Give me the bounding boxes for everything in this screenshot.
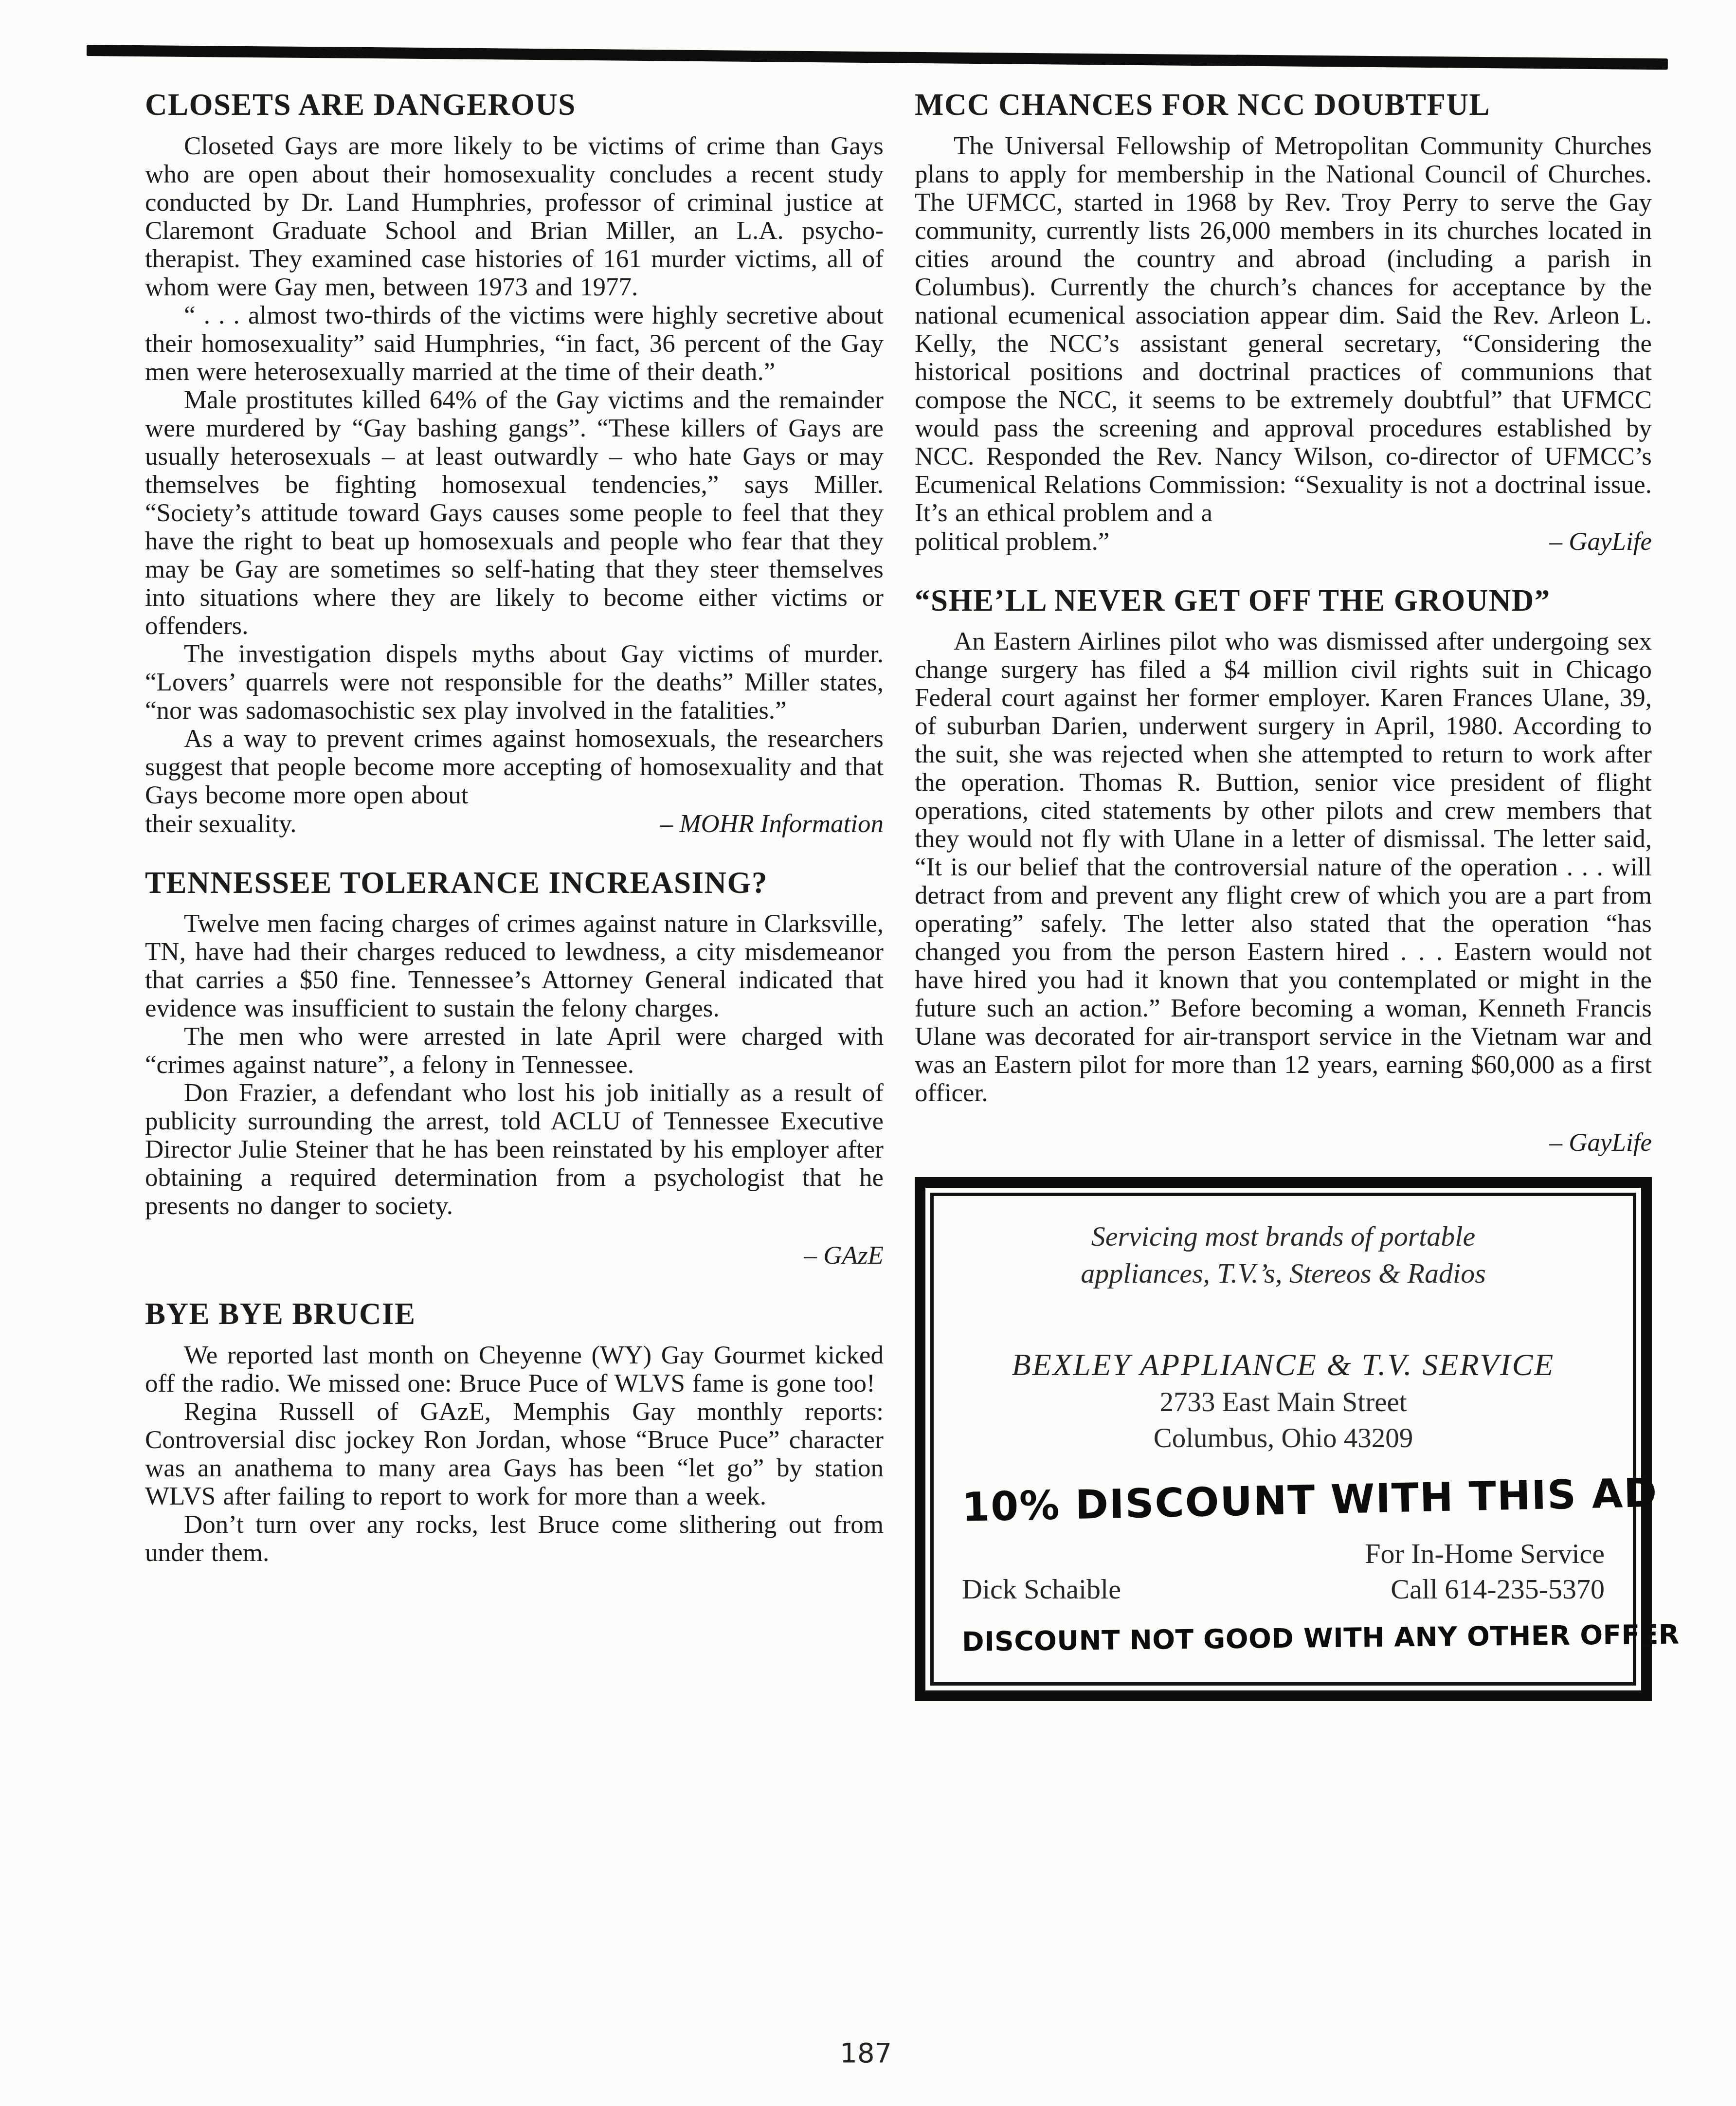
closing-line-row: political problem.” – GayLife [915,527,1652,556]
paragraph: “ . . . almost two-thirds of the victims… [145,301,884,386]
ad-bexley-appliance: Servicing most brands of portable applia… [915,1177,1652,1701]
closing-text: political problem.” [915,527,1109,556]
headline-bye-bye-brucie: BYE BYE BRUCIE [145,1297,884,1331]
closing-text: their sexuality. [145,809,297,838]
paragraph: The Universal Fellowship of Metropolitan… [915,132,1652,527]
ad-contact-name: Dick Schaible [962,1571,1121,1607]
headline-mcc-chances: MCC CHANCES FOR NCC DOUBTFUL [915,88,1652,122]
headline-closets-are-dangerous: CLOSETS ARE DANGEROUS [145,88,884,122]
ad-contact-row: Dick Schaible Call 614-235-5370 [962,1571,1605,1607]
ad-address-city: Columbus, Ohio 43209 [962,1420,1605,1456]
headline-tennessee-tolerance: TENNESSEE TOLERANCE INCREASING? [145,866,884,900]
paragraph: Don Frazier, a defendant who lost his jo… [145,1079,884,1220]
paragraph: The men who were arrested in late April … [145,1022,884,1079]
attribution-mohr: – MOHR Information [660,809,884,838]
ad-tagline-line2: appliances, T.V.’s, Stereos & Radios [962,1255,1605,1292]
paragraph: Closeted Gays are more likely to be vict… [145,132,884,301]
page-number: 187 [840,2037,892,2069]
ad-in-home-service: For In-Home Service [962,1536,1605,1571]
paragraph: An Eastern Airlines pilot who was dismis… [915,627,1652,1107]
paragraph: Regina Russell of GAzE, Memphis Gay mont… [145,1398,884,1510]
paragraph: Twelve men facing charges of crimes agai… [145,909,884,1022]
attribution-gaylife: – GayLife [915,1128,1652,1157]
ad-inner-border: Servicing most brands of portable applia… [930,1193,1636,1686]
ad-tagline-line1: Servicing most brands of portable [962,1218,1605,1255]
attribution-gaylife: – GayLife [1550,527,1652,556]
ad-phone: Call 614-235-5370 [1391,1571,1605,1607]
top-rule [87,45,1668,70]
ad-address-street: 2733 East Main Street [962,1384,1605,1420]
paragraph: Male prostitutes killed 64% of the Gay v… [145,386,884,640]
paragraph: Don’t turn over any rocks, lest Bruce co… [145,1510,884,1567]
headline-shell-never-get-off: “SHE’LL NEVER GET OFF THE GROUND” [915,583,1652,618]
newsletter-page: CLOSETS ARE DANGEROUS Closeted Gays are … [0,0,1736,2106]
ad-discount-offer: 10% DISCOUNT WITH THIS AD [961,1470,1605,1532]
right-column: MCC CHANCES FOR NCC DOUBTFUL The Univers… [915,77,1652,1701]
ad-disclaimer: DISCOUNT NOT GOOD WITH ANY OTHER OFFER [962,1616,1605,1661]
ad-business-name: BEXLEY APPLIANCE & T.V. SERVICE [962,1345,1605,1384]
attribution-gaze: – GAzE [145,1241,884,1270]
paragraph: The investigation dispels myths about Ga… [145,640,884,725]
left-column: CLOSETS ARE DANGEROUS Closeted Gays are … [145,77,884,1567]
closing-line-row: their sexuality. – MOHR Information [145,809,884,838]
paragraph: As a way to prevent crimes against homos… [145,725,884,809]
paragraph: We reported last month on Cheyenne (WY) … [145,1341,884,1398]
